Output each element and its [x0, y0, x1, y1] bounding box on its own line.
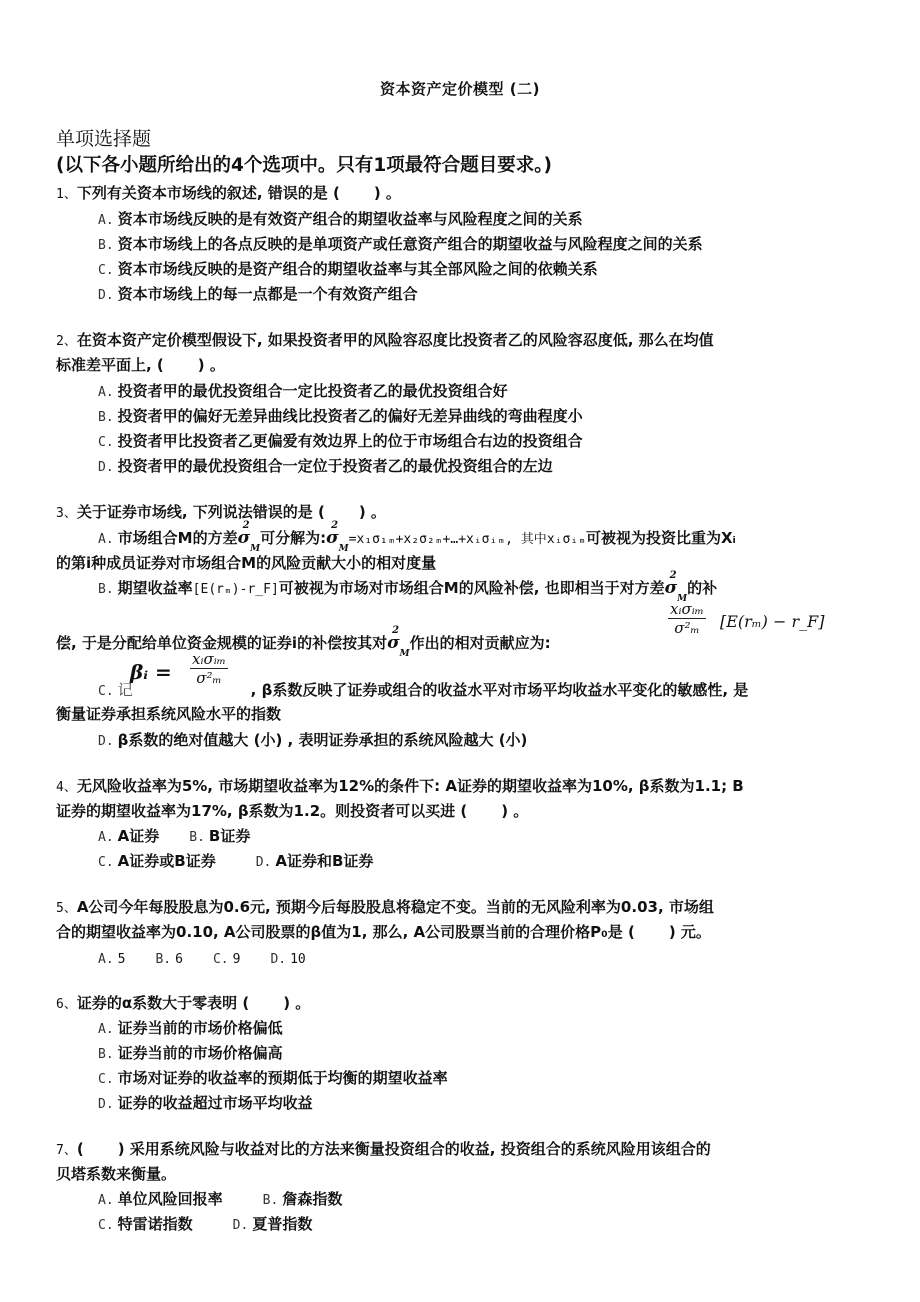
- question-2-option-a: A.投资者甲的最优投资组合一定比投资者乙的最优投资组合好: [98, 381, 508, 403]
- question-3-option-d: D.β系数的绝对值越大 (小) , 表明证券承担的系统风险越大 (小): [98, 730, 527, 752]
- question-5-stem-cont: 合的期望收益率为0.10, A公司股票的β值为1, 那么, A公司股票当前的合理…: [56, 922, 711, 942]
- sigma-squared-m-symbol: σ2M: [387, 633, 410, 653]
- question-7-stem-cont: 贝塔系数来衡量。: [56, 1164, 176, 1184]
- document-title: 资本资产定价模型 (二): [0, 78, 920, 99]
- question-1-stem: 1、下列有关资本市场线的叙述, 错误的是 () 。: [56, 183, 401, 205]
- question-4-options-row-1: A.A证券B.B证券: [98, 826, 250, 848]
- question-6-option-d: D.证券的收益超过市场平均收益: [98, 1093, 313, 1115]
- sigma-squared-m-symbol: σ2M: [665, 578, 688, 598]
- risk-premium-formula-tail: [E(rₘ) − r_F]: [720, 612, 824, 631]
- question-2-stem: 2、在资本资产定价模型假设下, 如果投资者甲的风险容忍度比投资者乙的风险容忍度低…: [56, 330, 714, 352]
- question-7-stem: 7、() 采用系统风险与收益对比的方法来衡量投资组合的收益, 投资组合的系统风险…: [56, 1139, 711, 1161]
- section-instruction: (以下各小题所给出的4个选项中。只有1项最符合题目要求。): [56, 151, 552, 177]
- question-3-option-a: A.市场组合M的方差σ2M可分解为:σ2M=x₁σ₁ₘ+x₂σ₂ₘ+…+xᵢσᵢ…: [98, 528, 736, 555]
- question-7-options-row-1: A.单位风险回报率B.詹森指数: [98, 1189, 342, 1211]
- question-6-option-a: A.证券当前的市场价格偏低: [98, 1018, 283, 1040]
- question-6-option-b: B.证券当前的市场价格偏高: [98, 1043, 283, 1065]
- question-2-option-b: B.投资者甲的偏好无差异曲线比投资者乙的偏好无差异曲线的弯曲程度小: [98, 406, 583, 428]
- question-6-stem: 6、证券的α系数大于零表明 () 。: [56, 993, 310, 1015]
- question-5-options: A.5B.6C.9D.10: [98, 948, 306, 970]
- question-4-stem: 4、无风险收益率为5%, 市场期望收益率为12%的条件下: A证券的期望收益率为…: [56, 776, 744, 798]
- question-2-stem-cont: 标准差平面上, () 。: [56, 355, 225, 375]
- question-7-options-row-2: C.特雷诺指数D.夏普指数: [98, 1214, 312, 1236]
- question-2-option-c: C.投资者甲比投资者乙更偏爱有效边界上的位于市场组合右边的投资组合: [98, 431, 583, 453]
- question-1-option-c: C.资本市场线反映的是资产组合的期望收益率与其全部风险之间的依赖关系: [98, 259, 598, 281]
- question-5-stem: 5、A公司今年每股股息为0.6元, 预期今后每股股息将稳定不变。当前的无风险利率…: [56, 897, 714, 919]
- question-3-option-a-cont: 的第i种成员证券对市场组合M的风险贡献大小的相对度量: [56, 553, 436, 573]
- question-3-option-c-cont: 衡量证券承担系统风险水平的指数: [56, 704, 281, 724]
- question-1-option-b: B.资本市场线上的各点反映的是单项资产或任意资产组合的期望收益与风险程度之间的关…: [98, 234, 703, 256]
- sigma-squared-m-symbol: σ2M: [326, 528, 349, 548]
- question-3-option-c: C.记, β系数反映了证券或组合的收益水平对市场平均收益水平变化的敏感性, 是: [98, 680, 748, 702]
- sigma-squared-m-symbol: σ2M: [238, 528, 261, 548]
- question-2-option-d: D.投资者甲的最优投资组合一定位于投资者乙的最优投资组合的左边: [98, 456, 553, 478]
- section-heading: 单项选择题: [56, 124, 151, 151]
- question-4-stem-cont: 证券的期望收益率为17%, β系数为1.2。则投资者可以买进 () 。: [56, 801, 528, 821]
- risk-premium-formula: xᵢσᵢₘ σ²ₘ: [668, 600, 706, 637]
- question-4-options-row-2: C.A证券或B证券D.A证券和B证券: [98, 851, 373, 873]
- question-1-option-d: D.资本市场线上的每一点都是一个有效资产组合: [98, 284, 418, 306]
- document-page: 资本资产定价模型 (二) 单项选择题 (以下各小题所给出的4个选项中。只有1项最…: [0, 0, 920, 1302]
- question-6-option-c: C.市场对证券的收益率的预期低于均衡的期望收益率: [98, 1068, 448, 1090]
- question-1-option-a: A.资本市场线反映的是有效资产组合的期望收益率与风险程度之间的关系: [98, 209, 583, 231]
- question-3-option-b: B.期望收益率[E(rₘ)-r_F]可被视为市场对市场组合M的风险补偿, 也即相…: [98, 578, 717, 605]
- question-3-option-b-cont: 偿, 于是分配给单位资金规模的证券i的补偿按其对σ2M作出的相对贡献应为:: [56, 633, 551, 660]
